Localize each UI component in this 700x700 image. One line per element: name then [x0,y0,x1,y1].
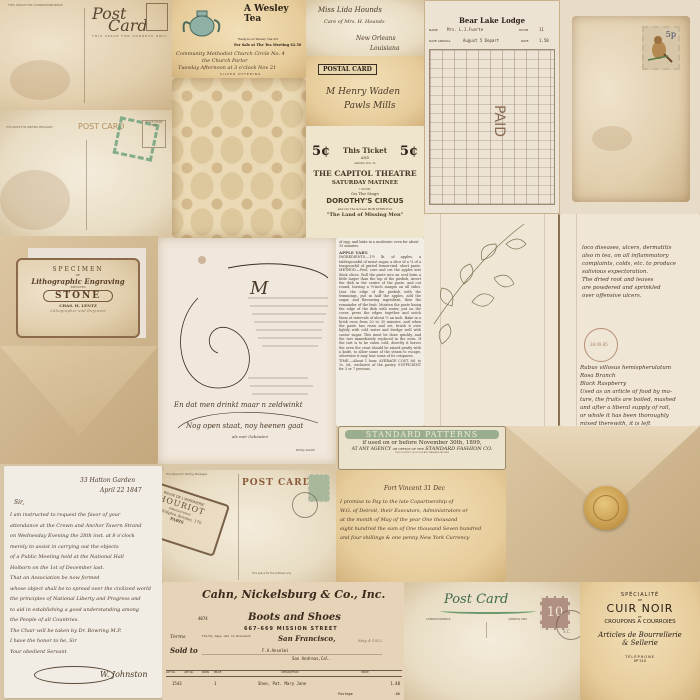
wax-seal [584,486,628,530]
ticket-line-2: AND [306,156,424,160]
note-line-2: Care of Mrs. H. Hounds [324,18,385,27]
standard-patterns-coupon: STANDARD PATTERNS if used on or before N… [338,426,506,470]
calligraphy-page: M En dat men drinkt maar n zeldwinkt Nog… [158,238,336,464]
note-heading: Fort Vincent 31 Dec [384,484,445,493]
litho-line-3: Lithographic Engraving [18,277,138,286]
lodge-rate-value: 1.50 [539,38,549,43]
recipe-footer: TIME.—About 1 hour. AVERAGE COST, 8d. to… [339,359,421,372]
envelope-flap [0,346,158,436]
calligraphy-line-3: als mer Gebeuten [232,434,268,439]
postcard3-postmark [292,492,318,518]
invoice-sold-to-city: San Andreas,Cal. [292,656,331,661]
bird-stamp: 5p [642,26,680,70]
leaf-sketch-icon [424,214,560,426]
place-stamp-box: PLACE STAMP HERE [142,120,166,148]
calligraphy-initial: M [250,278,268,299]
postcard3-header-small: This Space For Writing Messages [166,473,207,476]
invoice-number: 4074 [198,616,208,621]
letter-signature: W. Johnston [100,670,148,679]
ticket-line-7: On The Stage [306,191,424,196]
envelope-with-lithograph-card: SPECIMEN OF Lithographic Engraving EXECU… [0,236,158,464]
bird-stamp-postcard-wrap: 5p [560,0,700,214]
invoice-terms-value: Thirty days net on Discount [202,634,251,638]
lithograph-card: SPECIMEN OF Lithographic Engraving EXECU… [16,258,140,338]
postcard-title-card: Card [108,16,148,35]
postcard-subtitle: THIS SPACE FOR ADDRESS ONLY [92,34,168,38]
postal-card-label: POSTAL CARD [318,64,377,75]
recipe-clipping: of egg, and bake in a moderate oven for … [336,238,424,426]
script-address-note: Miss Lida Hounds Care of Mrs. H. Hounds … [306,0,424,56]
lodge-paid-stamp: PAID [491,105,507,137]
postcard4-right-small: ADDRESS ONLY [508,618,527,621]
ledger-handwriting-bottom: Rubus villosus hemispherulatum Rosa Bran… [580,364,676,426]
patterns-footer: THIS COUPON IS GOOD FOR ANY STANDARD PAT… [339,452,505,454]
cuir-noir-advert: SPÉCIALITÉ DE CUIR NOIR ET CROUPONS A CO… [580,582,700,700]
invoice-terms-label: Terms [170,634,186,640]
bird-stamp-postcard: 5p [572,16,690,202]
invoice-row-pairs: 1 [214,681,216,686]
calligraphy-line-1: En dat men drinkt maar n zeldwinkt [174,401,303,409]
wesley-tea-footer: SILVER OFFERING [220,72,261,76]
invoice-row-lot: 1543 [172,681,182,686]
rubber-stamp: REVUE DE L'IMPRIMERIE HOURIOT Administra… [162,477,230,557]
note-line-4: Louisiana [370,44,399,53]
postcard2-header-small: THIS SPACE FOR WRITING MESSAGES [6,126,53,129]
ledger-postmark-date: 28.09.85 [590,342,608,347]
ticket-line-9: and On The Screen BOB STEELE in [306,207,424,211]
invoice-date: May 4-1922 [358,638,382,643]
bear-lake-lodge-receipt: Bear Lake Lodge NAME Mrs. L.J.Fuerte ROO… [424,0,560,214]
postcard3-footer-small: This space for the Address only [252,572,291,575]
invoice-row-description: Shoe, Pat. Mary Jane [258,681,306,686]
postcard-with-rubber-stamp: This Space For Writing Messages POST CAR… [162,470,336,582]
invoice-table-header: LOT No. ART No. PAIRS PRICE DESCRIPTION … [166,670,402,677]
bird-stamp-value: 5p [666,30,676,39]
invoice-company: Cahn, Nickelsburg & Co., Inc. [202,588,385,601]
teapot-icon [182,8,222,38]
ledger-handwriting-top: loco diseases, ulcers, dermatitis also i… [582,244,676,300]
col-description: DESCRIPTION [230,671,350,676]
invoice-product: Boots and Shoes [248,612,341,623]
letter-body: I am instructed to request the favor of … [10,510,151,657]
ticket-line-3: Admits You To [306,161,424,165]
cuir-line-6: Articles de Bourrellerie [580,631,700,639]
invoice-postage-value: .06 [394,692,400,696]
litho-line-1: SPECIMEN [18,266,138,273]
letter-date: April 22 1847 [100,486,142,495]
handwritten-ledger-page: loco diseases, ulcers, dermatitis also i… [560,214,700,426]
calligraphy-flourish [158,238,336,464]
postal-card-handwriting2: Pawls Mills [344,102,396,111]
calligraphy-signature: Philip Smith [296,448,315,452]
letter-salutation: Sir, [14,498,24,507]
lodge-room-value: 11 [539,27,544,32]
stamp-box [146,3,168,31]
ticket-line-4: THE CAPITOL THEATRE [306,169,424,178]
postcard-green-script: Post Card CORRESPONDENCE ADDRESS ONLY 10… [404,582,580,700]
recipe-body: INGREDIENTS.—1½ lb. of apples, a tablesp… [339,255,421,358]
handwritten-letter: 33 Hatton Garden April 22 1847 Sir, I am… [4,466,162,698]
promissory-note: Fort Vincent 31 Dec I promise to Pay to … [336,470,506,582]
invoice-address: 667-669 MISSION STREET [244,626,338,632]
invoice-city: San Francisco, [278,634,336,643]
invoice-postage-label: Postage [338,692,353,696]
ledger-postmark: 28.09.85 [584,328,618,362]
invoice-boots-and-shoes: Cahn, Nickelsburg & Co., Inc. 4074 Boots… [162,582,404,700]
cuir-line-3: CUIR NOIR [580,602,700,615]
calligraphy-line-2: Nog open staat, noy heenen gaat [186,422,303,430]
postcard4-postmark-text: S.C. [563,629,571,634]
wesley-tea-card: A Wesley Tea Wedgwood Wesley Tea Pot For… [172,0,306,78]
note-line-1: Miss Lida Hounds [318,6,382,15]
postcard-header-small: THIS SPACE FOR CORRESPONDENCE [8,3,63,7]
ticket-line-10: "The Land of Missing Men" [306,212,424,218]
theatre-ticket: 5¢ 5¢ This Ticket AND Admits You To THE … [306,126,424,238]
lodge-name-value: Mrs. L.J.Fuerte [447,27,483,32]
damask-pattern-paper [172,78,306,238]
invoice-sold-to-label: Sold to [170,646,198,655]
col-lot: LOT No. [166,671,184,676]
cuir-line-9: Nº 210 [580,659,700,663]
lodge-name-label: NAME [429,28,438,32]
recipe-intro: of egg, and bake in a moderate oven for … [339,240,421,248]
litho-line-4: EXECUTED [18,286,138,289]
wesley-tea-subtitle2: For Sale at The Tea Meeting $2.50 [234,43,301,47]
envelope-with-wax-seal [506,426,700,582]
patterns-line-2-left: AT ANY AGENCY [352,447,392,452]
patterns-title: STANDARD PATTERNS [345,430,499,439]
note-line-3: New Orleans [356,34,396,43]
invoice-row-amount: 1.40 [390,681,400,686]
cuir-line-5: CROUPONS A COURROIES [580,619,700,625]
patterns-line-2-mid: OR OFFICE OF THE [393,447,424,451]
postcard3-title: POST CARD [242,478,311,488]
lodge-arrival-label: DATE ARRIVAL [429,39,450,43]
cuir-line-7: & Sellerie [580,639,700,647]
wesley-tea-title: A Wesley Tea [244,4,306,24]
ticket-line-8: DOROTHY'S CIRCUS [306,197,424,205]
lodge-arrival-value: August 5 Depart [463,38,499,43]
lodge-title: Bear Lake Lodge [425,16,559,25]
ticket-line-1: This Ticket [306,146,424,155]
ticket-line-5: SATURDAY MATINEE [306,180,424,186]
lodge-room-label: ROOM [519,28,528,32]
lodge-rate-label: RATE [521,39,529,43]
note-body: I promise to Pay to the late Copartnersh… [340,498,481,543]
postcard-green-stamp-tile: THIS SPACE FOR WRITING MESSAGES POST CAR… [0,110,172,236]
postal-card-handwriting1: M Henry Waden [326,88,400,97]
invoice-sold-to-value: F.A.Anselmi [262,648,289,653]
wesley-tea-subtitle1: Wedgwood Wesley Tea Pot [238,37,278,41]
letter-address: 33 Hatton Garden [80,476,135,485]
col-price: PRICE [214,671,230,676]
col-price-2: PRICE [350,671,380,676]
botanical-notebook-page [424,214,560,426]
laurel-icon [440,608,536,614]
postcard4-postmark: S.C. [556,610,580,640]
postcard4-left-small: CORRESPONDENCE [426,618,450,621]
litho-line-5: STONE [43,290,113,302]
litho-line-7: Lithographer and Engraver [18,308,138,313]
postcard-blank-tile: THIS SPACE FOR CORRESPONDENCE Post Card … [0,0,172,110]
col-pairs: PAIRS [202,671,214,676]
postcard4-title: Post Card [444,592,508,607]
col-art: ART No. [184,671,202,676]
postal-card-tile: POSTAL CARD M Henry Waden Pawls Mills [306,56,424,126]
